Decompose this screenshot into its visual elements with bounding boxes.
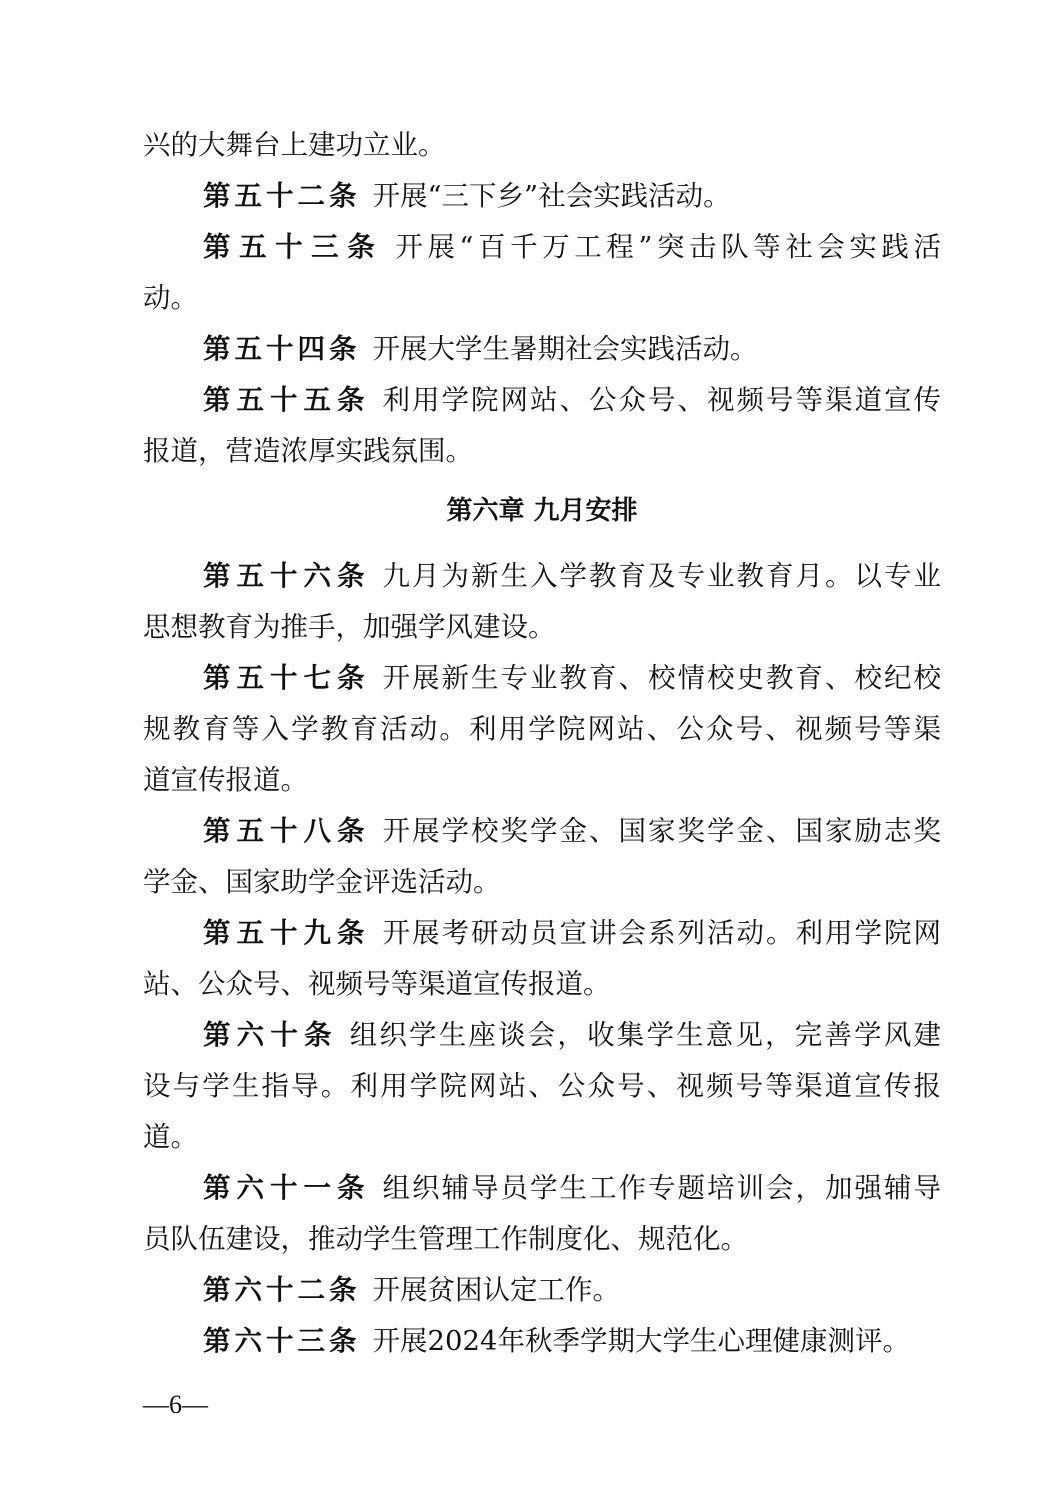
article-number: 第五十五条: [203, 384, 371, 416]
article-text: 组织辅导员学生工作专题培训会，加强辅导: [383, 1172, 942, 1204]
line-text: 学金、国家助学金评选活动。: [143, 866, 501, 898]
article-number: 第六十三条: [203, 1325, 361, 1357]
article-56: 第五十六条九月为新生入学教育及专业教育月。以专业: [203, 551, 941, 602]
article-63: 第六十三条开展2024年秋季学期大学生心理健康测评。: [203, 1316, 910, 1367]
line-text: 道宣传报道。: [143, 764, 308, 796]
article-text: 开展“三下乡”社会实践活动。: [373, 180, 731, 212]
article-56-continuation: 思想教育为推手，加强学风建设。: [143, 602, 556, 653]
article-54: 第五十四条开展大学生暑期社会实践活动。: [203, 324, 758, 375]
article-number: 第六十二条: [203, 1274, 361, 1306]
article-59-continuation: 站、公众号、视频号等渠道宣传报道。: [143, 959, 611, 1010]
page-number: —6—: [143, 1385, 208, 1425]
article-number: 第五十六条: [203, 560, 371, 592]
article-number: 第五十四条: [203, 333, 361, 365]
article-58-continuation: 学金、国家助学金评选活动。: [143, 857, 501, 908]
article-57-continuation: 道宣传报道。: [143, 755, 308, 806]
line-text: 报道，营造浓厚实践氛围。: [143, 435, 473, 467]
article-text: 利用学院网站、公众号、视频号等渠道宣传: [383, 384, 942, 416]
article-number: 第五十三条: [203, 231, 383, 263]
article-55: 第五十五条利用学院网站、公众号、视频号等渠道宣传: [203, 375, 941, 426]
chapter-title: 第六章 九月安排: [143, 486, 941, 537]
article-60-continuation: 设与学生指导。利用学院网站、公众号、视频号等渠道宣传报: [143, 1061, 941, 1112]
article-number: 第五十二条: [203, 180, 361, 212]
article-59: 第五十九条开展考研动员宣讲会系列活动。利用学院网: [203, 908, 941, 959]
line-text: 思想教育为推手，加强学风建设。: [143, 611, 556, 643]
article-text: 九月为新生入学教育及专业教育月。以专业: [383, 560, 942, 592]
article-text: 开展学校奖学金、国家奖学金、国家励志奖: [383, 815, 942, 847]
article-61-continuation: 员队伍建设，推动学生管理工作制度化、规范化。: [143, 1214, 748, 1265]
article-52: 第五十二条开展“三下乡”社会实践活动。: [203, 171, 731, 222]
article-number: 第五十八条: [203, 815, 371, 847]
article-text: 开展新生专业教育、校情校史教育、校纪校: [383, 662, 942, 694]
article-text: 开展大学生暑期社会实践活动。: [373, 333, 758, 365]
line-text: 规教育等入学教育活动。利用学院网站、公众号、视频号等渠: [143, 713, 941, 745]
article-number: 第五十九条: [203, 917, 371, 949]
line-text: 站、公众号、视频号等渠道宣传报道。: [143, 968, 611, 1000]
article-60: 第六十条组织学生座谈会，收集学生意见，完善学风建: [203, 1010, 941, 1061]
article-58: 第五十八条开展学校奖学金、国家奖学金、国家励志奖: [203, 806, 941, 857]
article-55-continuation: 报道，营造浓厚实践氛围。: [143, 426, 473, 477]
article-text: 开展2024年秋季学期大学生心理健康测评。: [373, 1325, 910, 1357]
article-53-continuation: 动。: [143, 273, 198, 324]
article-text: 组织学生座谈会，收集学生意见，完善学风建: [350, 1019, 941, 1051]
line-text: 设与学生指导。利用学院网站、公众号、视频号等渠道宣传报: [143, 1070, 941, 1102]
article-62: 第六十二条开展贫困认定工作。: [203, 1265, 620, 1316]
article-number: 第六十一条: [203, 1172, 371, 1204]
article-57-continuation: 规教育等入学教育活动。利用学院网站、公众号、视频号等渠: [143, 704, 941, 755]
article-text: 开展考研动员宣讲会系列活动。利用学院网: [383, 917, 942, 949]
line-text: 员队伍建设，推动学生管理工作制度化、规范化。: [143, 1223, 748, 1255]
article-53: 第五十三条开展“百千万工程”突击队等社会实践活: [203, 222, 941, 273]
article-number: 第六十条: [203, 1019, 338, 1051]
line-text: 道。: [143, 1121, 198, 1153]
article-text: 开展贫困认定工作。: [373, 1274, 621, 1306]
article-text: 开展“百千万工程”突击队等社会实践活: [395, 231, 941, 263]
line-text: 兴的大舞台上建功立业。: [143, 129, 446, 161]
article-60-continuation: 道。: [143, 1112, 198, 1163]
article-number: 第五十七条: [203, 662, 371, 694]
article-57: 第五十七条开展新生专业教育、校情校史教育、校纪校: [203, 653, 941, 704]
line-text: 动。: [143, 282, 198, 314]
paragraph-continuation-line: 兴的大舞台上建功立业。: [143, 120, 446, 171]
article-61: 第六十一条组织辅导员学生工作专题培训会，加强辅导: [203, 1163, 941, 1214]
